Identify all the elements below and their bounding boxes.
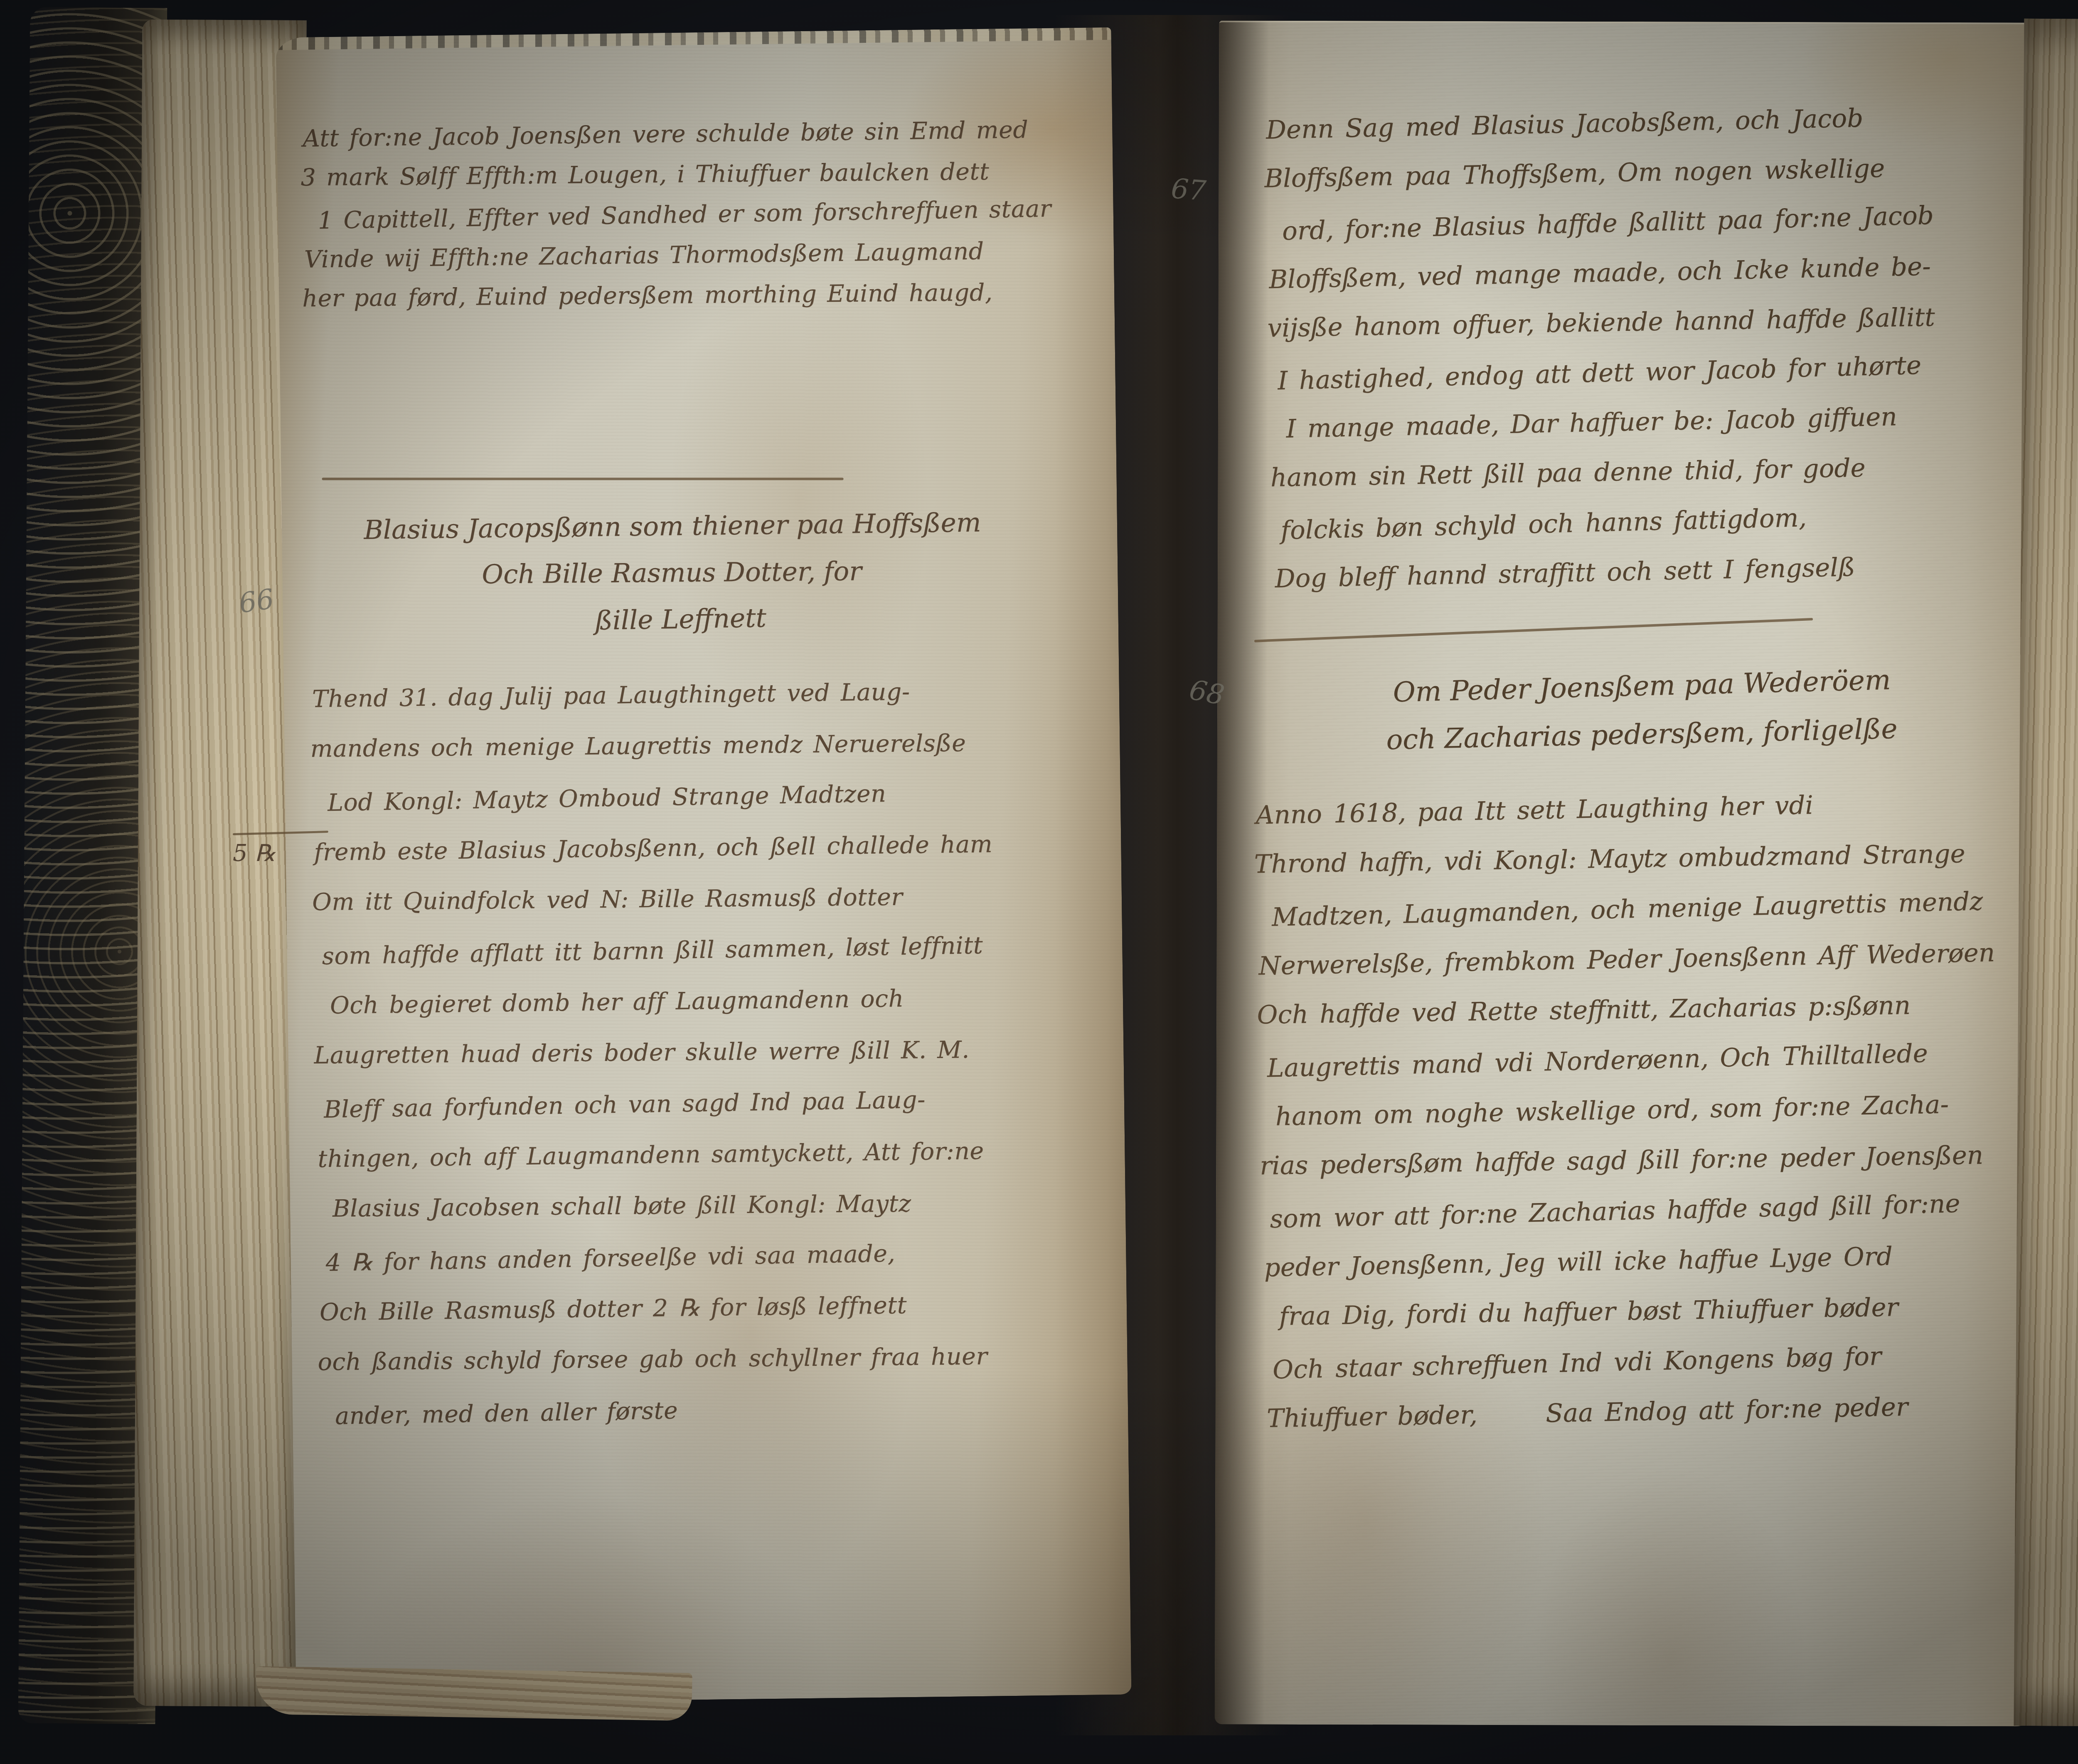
right-page: Denn Sag med Blasius Jacobsßem, och Jaco…	[1215, 20, 2049, 1726]
bottom-page-edge-stack	[255, 1666, 692, 1721]
manuscript-line: Laugretten huad deris boder skulle werre…	[314, 1023, 1119, 1081]
section-divider-rule	[1254, 618, 1813, 642]
margin-fine-amount: 5 ℞	[233, 840, 276, 867]
pencil-folio-number: 66	[237, 583, 276, 620]
margin-pencil-folio-right: 67	[1170, 172, 1207, 207]
manuscript-line: mandens och menige Laugrettis mendz Neru…	[310, 716, 1115, 775]
left-page: Att for:ne Jacob Joensßen vere schulde b…	[276, 27, 1132, 1705]
margin-pencil-mark: 68	[1187, 674, 1227, 711]
left-page-heading: Blasius Jacopsßønn som thiener paa Hoffs…	[286, 498, 1060, 647]
manuscript-line: Blasius Jacobsen schall bøte ßill Kongl:…	[332, 1176, 1120, 1235]
right-page-body-paragraph: Anno 1618, paa Itt sett Laugthing her vd…	[1256, 775, 2049, 1444]
manuscript-line: ander, med den aller første	[335, 1378, 1123, 1442]
manuscript-line: her paa førd, Euind pedersßem morthing E…	[302, 272, 1091, 319]
manuscript-line: Thend 31. dag Julij paa Laugthingett ved…	[312, 664, 1114, 725]
left-page-deckle-edge	[276, 27, 1111, 50]
section-divider-rule	[322, 477, 844, 480]
pencil-mark-number: 68	[1187, 674, 1227, 711]
left-page-body-paragraph: Thend 31. dag Julij paa Laugthingett ved…	[312, 664, 1123, 1440]
manuscript-photo-scene: Att for:ne Jacob Joensßen vere schulde b…	[0, 0, 2078, 1764]
right-page-intro-paragraph: Denn Sag med Blasius Jacobsßem, och Jaco…	[1266, 90, 2049, 604]
pencil-folio-number: 67	[1170, 172, 1207, 207]
right-page-heading: Om Peder Joensßem paa Wederöemoch Zachar…	[1275, 653, 2009, 768]
margin-pencil-folio-left: 66	[237, 583, 276, 620]
manuscript-line: och ßandis schyld forsee gab och schylln…	[318, 1330, 1123, 1388]
manuscript-line: Blasius Jacopsßønn som thiener paa Hoffs…	[286, 498, 1059, 554]
right-fore-edge-page-block	[2014, 19, 2078, 1727]
margin-fine-note: 5 ℞	[233, 832, 328, 867]
manuscript-line: Om itt Quindfolck ved N: Bille Rasmusß d…	[312, 870, 1117, 928]
manuscript-line: ßille Leffnett	[301, 590, 1061, 649]
left-page-intro-paragraph: Att for:ne Jacob Joensßen vere schulde b…	[303, 109, 1091, 320]
